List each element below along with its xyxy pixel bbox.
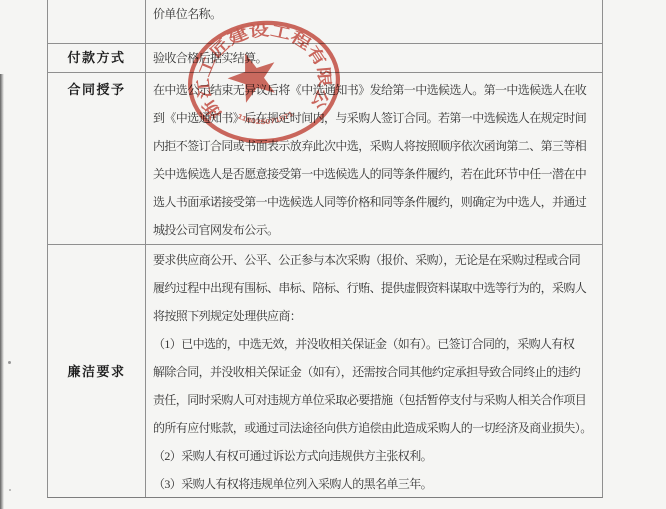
content-cell-payment: 验收合格后据实结算。: [145, 44, 602, 72]
scanned-document-page: 价单位名称。 付款方式 验收合格后据实结算。 合同授予 在中选公示结束无异议后将…: [0, 0, 666, 509]
table-row-integrity: 廉洁要求 要求供应商公开、公平、公正参与本次采购（报价、采购），无论是在采购过程…: [48, 245, 602, 498]
table-row-contract-award: 合同授予 在中选公示结束无异议后将《中选通知书》发给第一中选候选人。第一中选候选…: [48, 73, 602, 244]
content-cell-integrity: 要求供应商公开、公平、公正参与本次采购（报价、采购），无论是在采购过程或合同 履…: [145, 245, 602, 498]
label-cell-payment: 付款方式: [48, 44, 145, 72]
procurement-table: 价单位名称。 付款方式 验收合格后据实结算。 合同授予 在中选公示结束无异议后将…: [47, 0, 603, 498]
table-row-payment: 付款方式 验收合格后据实结算。: [48, 44, 602, 72]
content-cell-contract-award: 在中选公示结束无异议后将《中选通知书》发给第一中选候选人。第一中选候选人在收 到…: [145, 73, 602, 244]
label-cell-contract-award: 合同授予: [48, 73, 145, 244]
scan-speck: [8, 361, 11, 364]
scan-speck: [9, 489, 11, 491]
label-cell-integrity: 廉洁要求: [48, 245, 145, 498]
scan-edge-artifact: [0, 74, 4, 509]
content-cell-continuation: 价单位名称。: [145, 0, 602, 43]
label-cell-empty: [48, 0, 145, 43]
table-row-continuation: 价单位名称。: [48, 0, 602, 43]
